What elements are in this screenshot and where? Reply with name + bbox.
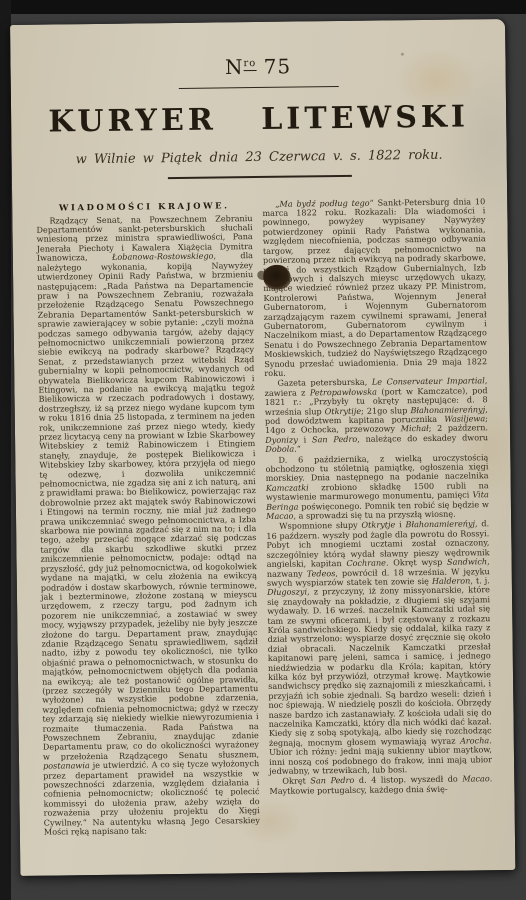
right-column: „Ma bydź podług tego“ Sankt-Petersburg d… <box>262 197 493 834</box>
paragraph: Okręt San Pedro d. 4 listop. wyszedł do … <box>269 775 492 797</box>
issue-number: Nro 75 <box>10 49 505 82</box>
section-heading: WIADOMOŚCI KRAJOWE. <box>36 200 252 214</box>
issue-superscript: ro <box>243 58 256 71</box>
left-column: WIADOMOŚCI KRAJOWE. Rządzący Senat, na P… <box>36 200 260 837</box>
newspaper-title: KURYER LITEWSKI <box>11 97 506 143</box>
issue-prefix: N <box>225 55 244 79</box>
scanner-top-band <box>0 0 526 14</box>
paragraph: „Ma bydź podług tego“ Sankt-Petersburg d… <box>262 197 487 378</box>
masthead: Nro 75 KURYER LITEWSKI w Wilnie w Piątek… <box>10 19 507 181</box>
masthead-rule-bottom <box>167 175 351 179</box>
right-column-body: „Ma bydź podług tego“ Sankt-Petersburg d… <box>262 197 492 796</box>
scan-background: Nro 75 KURYER LITEWSKI w Wilnie w Piątek… <box>0 0 526 900</box>
issue-number-value: 75 <box>264 54 292 78</box>
paragraph: Gazeta petersburska, Le Conservateur Imp… <box>264 377 488 455</box>
paragraph: D. 6 października, z wielką uroczystości… <box>265 453 489 522</box>
paragraph: Wspomnione słupy Otkrytje i Błahonamiere… <box>266 520 492 777</box>
masthead-rule-top <box>178 86 338 89</box>
article-columns: WIADOMOŚCI KRAJOWE. Rządzący Senat, na P… <box>12 197 515 838</box>
dateline: w Wilnie w Piątek dnia 23 Czerwca v. s. … <box>12 147 507 169</box>
newspaper-page: Nro 75 KURYER LITEWSKI w Wilnie w Piątek… <box>10 19 515 876</box>
scanner-left-band <box>0 0 11 900</box>
newspaper-page-inner: Nro 75 KURYER LITEWSKI w Wilnie w Piątek… <box>10 19 515 876</box>
paragraph: Rządzący Senat, na Powszechnem Zebraniu … <box>36 214 260 837</box>
left-column-body: Rządzący Senat, na Powszechnem Zebraniu … <box>36 214 260 837</box>
